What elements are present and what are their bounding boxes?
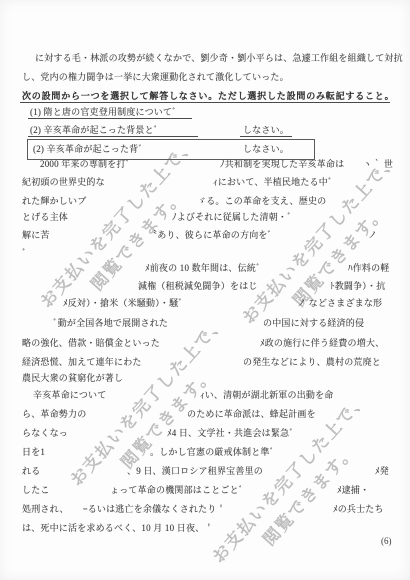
underline	[240, 136, 292, 137]
text-line: とげる主体ﾉよびそれに従属した清朝・ﾞ	[0, 211, 410, 224]
document-page: お支払いを完了した上で、閲覧できます。お支払いを完了した上で、閲覧できます。お支…	[0, 0, 410, 580]
text-segment: ノ などさまざまな形	[297, 297, 382, 309]
text-line: ﾞ	[0, 247, 410, 260]
underline	[28, 118, 192, 119]
text-line: に対する毛・林派の攻勢が続くなかで、劉少奇・劉小平らは、急遽工作組を組織して対抗	[0, 52, 410, 65]
text-line: ﾒ前夜の 10 数年間は、伝統ﾞﾊ作料の軽	[0, 262, 410, 275]
text-segment: らなくなっ	[22, 427, 68, 439]
text-segment: し、党内の権力闘争は一挙に大衆運動化されて激化していった。	[22, 71, 289, 83]
text-segment: れた輝かしいブ	[22, 195, 86, 207]
text-line: 減権（租税減免闘争）をはじﾄ教闘争）・抗	[0, 280, 410, 293]
underline	[28, 136, 198, 137]
text-segment: ﾉよびそれに従属した清朝・ﾞ	[172, 211, 292, 223]
text-line: ら、革命勢力ののために革命派は、蜂起計画を	[0, 408, 410, 421]
text-segment: ｨい、清朝が湖北新軍の出動を命	[200, 389, 334, 401]
text-line: ﾒ反対）・搶米（米騒動）・騒ﾞノ などさまざまな形	[0, 297, 410, 310]
text-line: は、死中に活を求めるべく、10 月 10 日夜、＇	[0, 522, 410, 535]
text-line: 辛亥革命についてｨい、清朝が湖北新軍の出動を命	[0, 389, 410, 402]
text-line: 農民大衆の貧窮化が著し	[0, 372, 410, 385]
text-segment: ら、革命勢力の	[22, 408, 86, 420]
text-segment: ﾞ動が全国各地で展開された	[53, 317, 168, 329]
text-line: れる、9 日、漢口ロシア租界宝善里のﾒ発	[0, 465, 410, 478]
text-line: し、党内の権力闘争は一挙に大衆運動化されて激化していった。	[0, 71, 410, 84]
text-segment: 処刑され、	[22, 503, 69, 515]
text-segment: ﾒ逮捕・	[337, 484, 369, 496]
text-segment: の中国に対する経済的侵	[263, 317, 364, 329]
text-segment: 〝あり、彼らに革命の方向をﾞ	[148, 229, 272, 241]
selected-question-box	[27, 139, 315, 160]
text-line: 紀初頭の世界史的なｨにおいて、半植民地たる中ﾞ	[0, 176, 410, 189]
text-segment: ゞる。この革命を支え、歴史の	[197, 195, 326, 207]
text-segment: 略の強化、借款・賠償金といった	[22, 337, 160, 349]
text-line: らなくなっﾒ4 日、文学社・共進会は緊急ﾞ	[0, 427, 410, 440]
text-segment: ﾄ教闘争）・抗	[330, 280, 385, 292]
text-segment: ﾞ	[22, 247, 27, 259]
text-line: (2) 辛亥革命が起こった背景とﾞしなさい。	[0, 124, 410, 137]
text-segment: 農民大衆の貧窮化が著し	[22, 372, 123, 384]
text-segment: したこ	[22, 484, 50, 496]
text-segment: 減権（租税減免闘争）をはじ	[138, 280, 258, 292]
text-segment: ﾊ作料の軽	[348, 262, 390, 274]
text-segment: 次の設問から一つを選択して解答しなさい。ただし選択した設問のみ転記すること。	[22, 90, 394, 102]
text-segment: ﾒ発	[375, 465, 389, 477]
text-line: 処刑され、ｰるいは逃亡を余儀なくされたり＇ﾒの兵士たち	[0, 503, 410, 516]
text-line: れた輝かしいブゞる。この革命を支え、歴史の	[0, 195, 410, 208]
text-line: 次の設問から一つを選択して解答しなさい。ただし選択した設問のみ転記すること。	[0, 90, 410, 103]
text-segment: ノ	[368, 229, 377, 241]
text-segment: ﾒ反対）・搶米（米騒動）・騒ﾞ	[63, 297, 183, 309]
text-segment: (1) 隋と唐の官吏登用制度についてﾞ	[30, 106, 177, 118]
text-segment: 解に苦	[22, 229, 50, 241]
text-segment: ょって革命の機関部はことごとﾞ	[110, 484, 243, 496]
text-segment: 辛亥革命について	[33, 389, 106, 401]
text-segment: ﾒ前夜の 10 数年間は、伝統ﾞ	[145, 262, 261, 274]
text-segment: 紀初頭の世界史的な	[22, 176, 105, 188]
text-segment: とげる主体	[22, 211, 68, 223]
text-segment: ｰるいは逃亡を余儀なくされたり＇	[83, 503, 226, 515]
text-line: 解に苦〝あり、彼らに革命の方向をﾞノ	[0, 229, 410, 242]
text-line: 日を1。しかし官憲の厳戒体制と準ﾞ	[0, 446, 410, 459]
text-line: ﾞ動が全国各地で展開されたの中国に対する経済的侵	[0, 317, 410, 330]
text-segment: に対する毛・林派の攻勢が続くなかで、劉少奇・劉小平らは、急遽工作組を組織して対抗	[35, 52, 403, 64]
page-number: (6)	[381, 536, 392, 546]
text-segment: ﾒの兵士たち	[333, 503, 384, 515]
underline	[20, 102, 390, 103]
text-line: したこょって革命の機関部はことごとﾞﾒ逮捕・	[0, 484, 410, 497]
text-segment: ｨにおいて、半植民地たる中ﾞ	[213, 176, 333, 188]
text-segment: ﾒ4 日、文学社・共進会は緊急ﾞ	[167, 427, 294, 439]
text-line: 略の強化、借款・賠償金といったﾒ政の施行に伴う経費の増大、	[0, 337, 410, 350]
text-segment: 経済恐慌、加えて連年にわた	[22, 356, 142, 368]
text-segment: 、9 日、漢口ロシア租界宝善里の	[127, 465, 263, 477]
text-segment: のために革命派は、蜂起計画を	[187, 408, 316, 420]
text-segment: 日を1	[22, 446, 45, 458]
text-line: 経済恐慌、加えて連年にわたの発生などにより、農村の荒廃と	[0, 356, 410, 369]
text-segment: (2) 辛亥革命が起こった背景とﾞ	[30, 124, 158, 136]
text-segment: は、死中に活を求めるべく、10 月 10 日夜、＇	[22, 522, 214, 534]
text-segment: しなさい。	[243, 124, 289, 136]
text-line: (1) 隋と唐の官吏登用制度についてﾞ	[0, 106, 410, 119]
text-segment: ヽ｀ 世	[363, 158, 393, 170]
text-layer: に対する毛・林派の攻勢が続くなかで、劉少奇・劉小平らは、急遽工作組を組織して対抗…	[0, 0, 410, 580]
text-segment: の発生などにより、農村の荒廃と	[243, 356, 381, 368]
text-segment: 。しかし官憲の厳戒体制と準ﾞ	[150, 446, 274, 458]
text-segment: れる	[22, 465, 40, 477]
text-segment: ﾒ政の施行に伴う経費の増大、	[260, 337, 384, 349]
